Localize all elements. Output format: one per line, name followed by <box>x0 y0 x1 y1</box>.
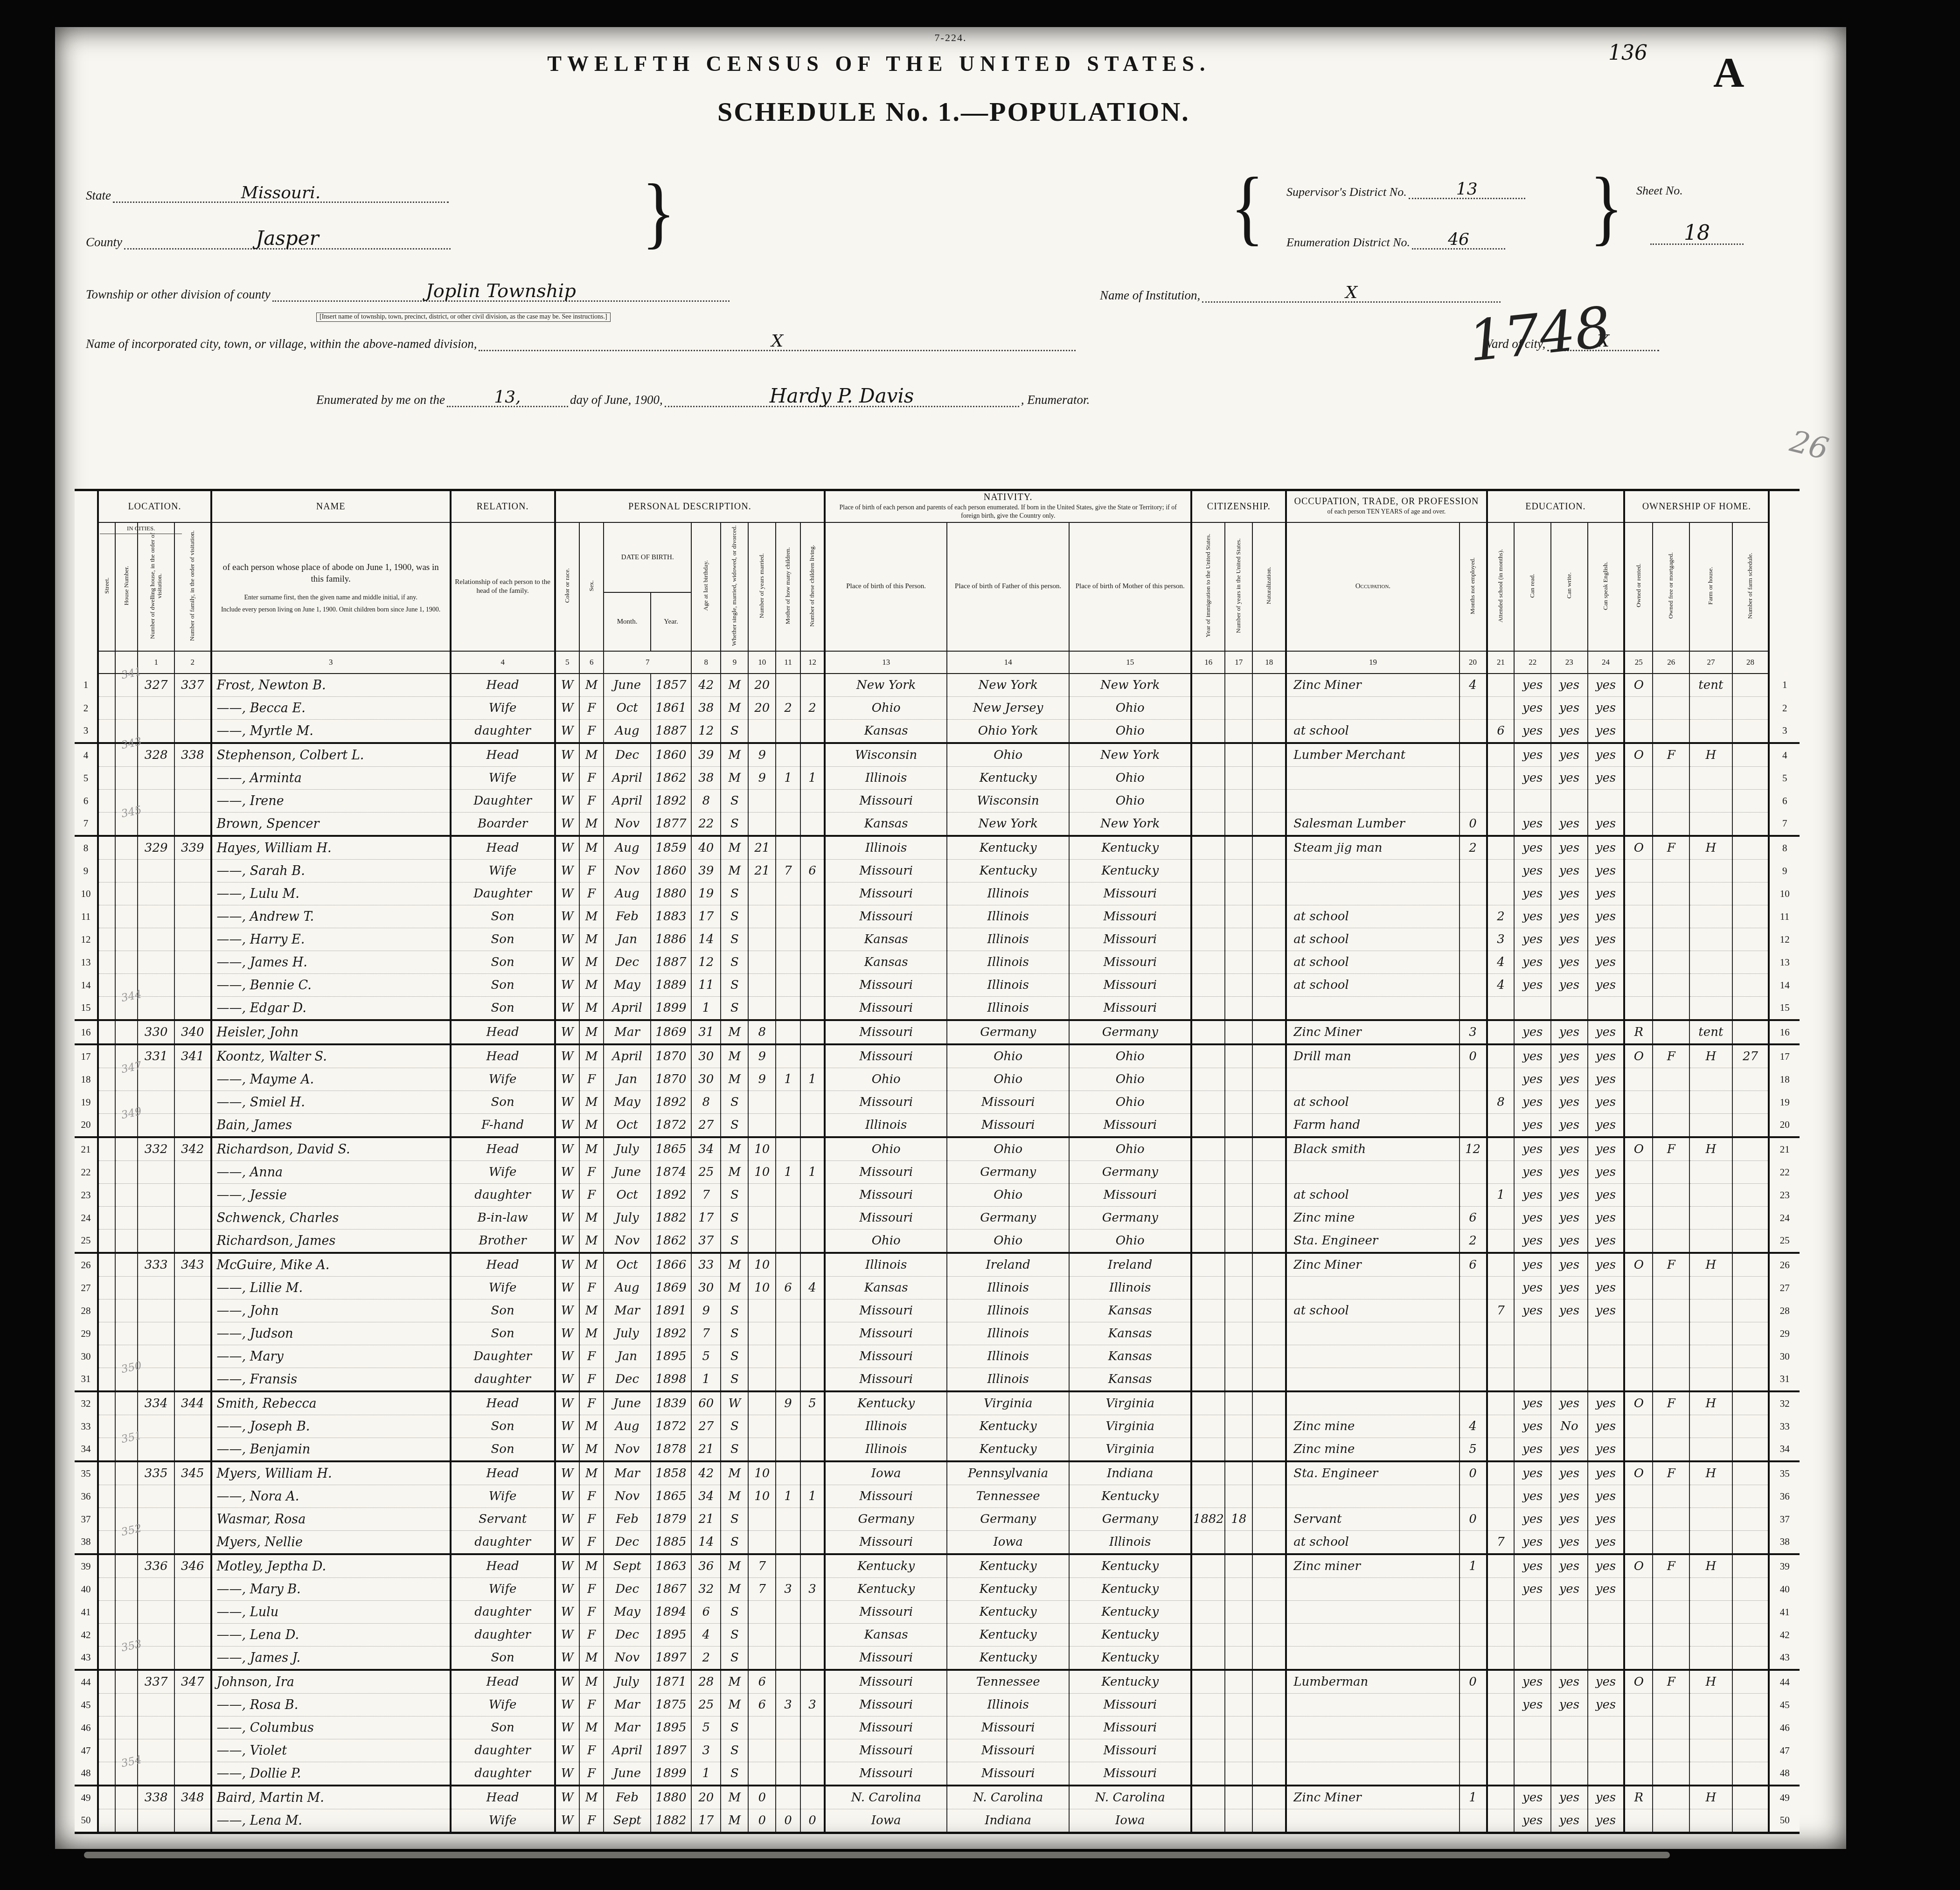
cell-race: W <box>555 1531 579 1555</box>
cell-pf: Illinois <box>947 1345 1069 1368</box>
cell-pf: Missouri <box>947 1762 1069 1786</box>
cell-mar: M <box>721 860 748 882</box>
cell-house <box>115 1391 138 1415</box>
cell-liv <box>800 1670 825 1694</box>
cell-sex: F <box>579 720 604 743</box>
row-number: 30 <box>75 1345 98 1368</box>
cell-write <box>1551 1368 1588 1392</box>
cell-age: 21 <box>691 1438 721 1462</box>
cell-bm: Oct <box>604 1114 650 1138</box>
cell-name: ——, Myrtle M. <box>211 720 451 743</box>
cell-street <box>98 1091 115 1114</box>
cell-pob: Missouri <box>825 882 947 905</box>
cell-dw <box>138 1624 174 1647</box>
row-number: 24 <box>1769 1207 1800 1230</box>
cell-eng: yes <box>1588 1554 1625 1578</box>
district-brace-open: } <box>1230 159 1264 255</box>
cell-write: yes <box>1551 1068 1588 1091</box>
cell-eng: yes <box>1588 1277 1625 1299</box>
cell-fam <box>174 1184 211 1207</box>
cell-sched <box>1732 1716 1769 1739</box>
cell-race: W <box>555 1091 579 1114</box>
cell-nat <box>1252 1368 1286 1392</box>
cell-fh <box>1689 767 1732 790</box>
cell-street <box>98 1531 115 1555</box>
cell-liv <box>800 1554 825 1578</box>
cell-imm <box>1191 1020 1225 1044</box>
cell-dw: 332 <box>138 1137 174 1161</box>
cell-street <box>98 1601 115 1624</box>
cell-bm: June <box>604 1161 650 1184</box>
cell-mar: M <box>721 1578 748 1601</box>
row-number: 27 <box>75 1277 98 1299</box>
cell-race: W <box>555 674 579 697</box>
cell-name: Frost, Newton B. <box>211 674 451 697</box>
col-relation-description: Relationship of each person to the head … <box>451 522 555 651</box>
cell-fm <box>1653 1277 1689 1299</box>
cell-write: yes <box>1551 1299 1588 1322</box>
cell-rel: Son <box>451 1322 555 1345</box>
cell-eng: yes <box>1588 1438 1625 1462</box>
cell-pf: New York <box>947 674 1069 697</box>
cell-pob: Missouri <box>825 974 947 997</box>
table-row: 37Wasmar, RosaServantWFFeb187921SGermany… <box>75 1508 1800 1531</box>
cell-by: 1862 <box>651 767 691 790</box>
cell-dw: 333 <box>138 1253 174 1277</box>
cell-write <box>1551 997 1588 1021</box>
cell-age: 9 <box>691 1299 721 1322</box>
cell-fam <box>174 1230 211 1253</box>
cell-eng: yes <box>1588 1415 1625 1438</box>
cell-own <box>1624 974 1653 997</box>
cell-nat <box>1252 743 1286 767</box>
cell-dw: 338 <box>138 1786 174 1809</box>
cell-by: 1858 <box>651 1461 691 1485</box>
cell-sex: M <box>579 1438 604 1462</box>
cell-liv <box>800 674 825 697</box>
cell-bm: Oct <box>604 1184 650 1207</box>
cell-street <box>98 1184 115 1207</box>
cell-liv <box>800 1601 825 1624</box>
cell-mar: S <box>721 1299 748 1322</box>
cell-mne <box>1460 1184 1487 1207</box>
cell-mar: M <box>721 1554 748 1578</box>
cell-att <box>1487 1277 1515 1299</box>
cell-dw: 328343 <box>138 743 174 767</box>
cell-pf: Germany <box>947 1020 1069 1044</box>
cell-write: yes <box>1551 1207 1588 1230</box>
cell-pm: Illinois <box>1069 1531 1191 1555</box>
cell-write: yes <box>1551 1137 1588 1161</box>
cell-att <box>1487 1670 1515 1694</box>
cell-read: yes <box>1514 1091 1551 1114</box>
cell-occ <box>1286 697 1459 720</box>
cell-eng: yes <box>1588 1461 1625 1485</box>
cell-mo: 3 <box>776 1694 800 1716</box>
cell-dw <box>138 882 174 905</box>
cell-write: yes <box>1551 1554 1588 1578</box>
row-number: 9 <box>1769 860 1800 882</box>
cell-pob: Wisconsin <box>825 743 947 767</box>
cell-own: O <box>1624 836 1653 860</box>
cell-fam <box>174 1809 211 1833</box>
row-number: 23 <box>75 1184 98 1207</box>
cell-pm: Missouri <box>1069 1114 1191 1138</box>
cell-mo: 1 <box>776 1485 800 1508</box>
cell-ym <box>748 997 776 1021</box>
cell-occ <box>1286 790 1459 813</box>
cell-race: W <box>555 720 579 743</box>
cell-nat <box>1252 790 1286 813</box>
cell-read <box>1514 1345 1551 1368</box>
cell-mne <box>1460 1531 1487 1555</box>
cell-mo <box>776 1299 800 1322</box>
cell-bm: Feb <box>604 905 650 928</box>
cell-pm: Ohio <box>1069 1137 1191 1161</box>
cell-att <box>1487 1739 1515 1762</box>
cell-pob: Missouri <box>825 1647 947 1670</box>
cell-by: 1889 <box>651 974 691 997</box>
cell-write: yes <box>1551 1531 1588 1555</box>
cell-age: 7 <box>691 1184 721 1207</box>
cell-liv <box>800 997 825 1021</box>
cell-nat <box>1252 674 1286 697</box>
cell-by: 1885 <box>651 1531 691 1555</box>
cell-own <box>1624 882 1653 905</box>
cell-pf: Illinois <box>947 905 1069 928</box>
table-row: 11——, Andrew T.SonWMFeb188317SMissouriIl… <box>75 905 1800 928</box>
cell-ym: 10 <box>748 1461 776 1485</box>
row-number: 13 <box>75 951 98 974</box>
cell-rel: Daughter <box>451 1345 555 1368</box>
cell-rel: Wife <box>451 697 555 720</box>
cell-yus <box>1225 674 1252 697</box>
row-number: 32 <box>75 1391 98 1415</box>
cell-mar: M <box>721 1461 748 1485</box>
cell-eng: yes <box>1588 1508 1625 1531</box>
cell-bm: July <box>604 1207 650 1230</box>
cell-race: W <box>555 1601 579 1624</box>
cell-bm: Mar <box>604 1299 650 1322</box>
cell-sex: F <box>579 1762 604 1786</box>
cell-sched <box>1732 1020 1769 1044</box>
cell-mne: 6 <box>1460 1253 1487 1277</box>
cell-occ <box>1286 882 1459 905</box>
cell-pf: Missouri <box>947 1091 1069 1114</box>
cell-fh <box>1689 1716 1732 1739</box>
cell-fh <box>1689 882 1732 905</box>
cell-race: W <box>555 1809 579 1833</box>
row-number: 5 <box>75 767 98 790</box>
city-label: Name of incorporated city, town, or vill… <box>86 337 477 351</box>
cell-yus <box>1225 1020 1252 1044</box>
cell-rel: daughter <box>451 1184 555 1207</box>
cell-fh: H <box>1689 1670 1732 1694</box>
cell-rel: Son <box>451 974 555 997</box>
cell-mo <box>776 1091 800 1114</box>
cell-imm <box>1191 1554 1225 1578</box>
cell-own <box>1624 928 1653 951</box>
cell-dw <box>138 860 174 882</box>
cell-pob: Illinois <box>825 1253 947 1277</box>
cell-read <box>1514 997 1551 1021</box>
cell-pm: Missouri <box>1069 1739 1191 1762</box>
row-number: 11 <box>1769 905 1800 928</box>
sheet-no-value: 18 <box>1684 221 1710 245</box>
cell-pob: Missouri <box>825 790 947 813</box>
table-row: 6——, IreneDaughterWFApril18928SMissouriW… <box>75 790 1800 813</box>
cell-dw <box>138 1161 174 1184</box>
cell-pf: Illinois <box>947 951 1069 974</box>
cell-by: 1883 <box>651 905 691 928</box>
cell-att: 3 <box>1487 928 1515 951</box>
cell-mar: S <box>721 928 748 951</box>
cell-bm: April <box>604 767 650 790</box>
cell-yus <box>1225 1716 1252 1739</box>
row-number: 31 <box>75 1368 98 1392</box>
cell-fam <box>174 1277 211 1299</box>
county-value: Jasper <box>256 227 319 250</box>
cell-rel: Wife <box>451 860 555 882</box>
cell-read <box>1514 1739 1551 1762</box>
table-row: 41——, LuludaughterWFMay18946SMissouriKen… <box>75 1601 1800 1624</box>
cell-dw: 344 <box>138 997 174 1021</box>
col-age: Age at last birthday. <box>691 522 721 651</box>
cell-sex: M <box>579 1114 604 1138</box>
cell-fm <box>1653 1438 1689 1462</box>
cell-fam <box>174 720 211 743</box>
row-number: 46 <box>1769 1716 1800 1739</box>
cell-sex: M <box>579 1020 604 1044</box>
cell-rel: Daughter <box>451 790 555 813</box>
cell-sex: F <box>579 767 604 790</box>
cell-read: yes <box>1514 1438 1551 1462</box>
cell-att <box>1487 1230 1515 1253</box>
row-number: 23 <box>1769 1184 1800 1207</box>
cell-imm <box>1191 974 1225 997</box>
col-dwelling-number: Number of dwelling house, in the order o… <box>138 522 174 651</box>
row-number: 10 <box>75 882 98 905</box>
cell-nat <box>1252 1230 1286 1253</box>
cell-imm <box>1191 1114 1225 1138</box>
cell-mo <box>776 1647 800 1670</box>
cell-house <box>115 697 138 720</box>
cell-rel: Son <box>451 1415 555 1438</box>
handwritten-stamp: 1748 <box>1466 295 1614 374</box>
cell-yus <box>1225 1345 1252 1368</box>
cell-fam <box>174 1716 211 1739</box>
row-number: 33 <box>1769 1415 1800 1438</box>
cell-mo <box>776 1253 800 1277</box>
cell-pf: Kentucky <box>947 1554 1069 1578</box>
cell-rel: Son <box>451 1716 555 1739</box>
row-number: 43 <box>75 1647 98 1670</box>
cell-att <box>1487 1508 1515 1531</box>
cell-fh <box>1689 1809 1732 1833</box>
cell-race: W <box>555 1253 579 1277</box>
pencil-annotation: 351 <box>120 1431 143 1445</box>
table-row: 16330340Heisler, JohnHeadWMMar186931M8Mi… <box>75 1020 1800 1044</box>
cell-fam: 342 <box>174 1137 211 1161</box>
colnum-23: 23 <box>1551 651 1588 674</box>
cell-att <box>1487 1161 1515 1184</box>
row-number: 26 <box>75 1253 98 1277</box>
enumerator-field: Hardy P. Davis <box>665 386 1019 407</box>
cell-sex: M <box>579 813 604 836</box>
cell-eng: yes <box>1588 720 1625 743</box>
cell-sex: M <box>579 1230 604 1253</box>
cell-mo <box>776 1739 800 1762</box>
cell-ym <box>748 1184 776 1207</box>
cell-pm: Kentucky <box>1069 1624 1191 1647</box>
cell-fam <box>174 997 211 1021</box>
colnum-13: 13 <box>825 651 947 674</box>
cell-fh: H <box>1689 1044 1732 1068</box>
cell-dw: 349 <box>138 1114 174 1138</box>
cell-by: 1839 <box>651 1391 691 1415</box>
cell-nat <box>1252 1161 1286 1184</box>
cell-name: Motley, Jeptha D. <box>211 1554 451 1578</box>
cell-mne <box>1460 1299 1487 1322</box>
cell-own: O <box>1624 743 1653 767</box>
table-row: 8329339Hayes, William H.HeadWMAug185940M… <box>75 836 1800 860</box>
cell-read <box>1514 1624 1551 1647</box>
cell-by: 1860 <box>651 860 691 882</box>
cell-name: ——, Judson <box>211 1322 451 1345</box>
cell-by: 1880 <box>651 1786 691 1809</box>
cell-house <box>115 1184 138 1207</box>
cell-street <box>98 951 115 974</box>
cell-yus <box>1225 1391 1252 1415</box>
cell-sched <box>1732 928 1769 951</box>
cell-liv <box>800 1461 825 1485</box>
row-number: 47 <box>75 1739 98 1762</box>
cell-dw <box>138 1508 174 1531</box>
cell-name: Myers, William H. <box>211 1461 451 1485</box>
cell-house <box>115 1230 138 1253</box>
scanned-census-page: { "header": { "form_no": "7-224.", "page… <box>0 0 1960 1890</box>
cell-yus: 18 <box>1225 1508 1252 1531</box>
cell-fm <box>1653 1184 1689 1207</box>
cell-mar: S <box>721 1184 748 1207</box>
table-row: 46——, ColumbusSonWMMar18955SMissouriMiss… <box>75 1716 1800 1739</box>
cell-mne: 4 <box>1460 674 1487 697</box>
cell-mne <box>1460 974 1487 997</box>
cell-pf: Illinois <box>947 1322 1069 1345</box>
cell-occ: Servant <box>1286 1508 1459 1531</box>
cell-imm <box>1191 1762 1225 1786</box>
cell-sched <box>1732 1345 1769 1368</box>
cell-sched <box>1732 1694 1769 1716</box>
cell-ym <box>748 1762 776 1786</box>
cell-pf: Ohio <box>947 743 1069 767</box>
cell-eng <box>1588 1739 1625 1762</box>
enumerated-day-field: 13, <box>447 389 568 407</box>
cell-nat <box>1252 1716 1286 1739</box>
group-citizenship: CITIZENSHIP. <box>1191 490 1286 523</box>
cell-fh <box>1689 1485 1732 1508</box>
row-number: 40 <box>75 1578 98 1601</box>
cell-write: yes <box>1551 860 1588 882</box>
cell-mne <box>1460 1694 1487 1716</box>
cell-liv <box>800 1184 825 1207</box>
cell-liv: 3 <box>800 1578 825 1601</box>
cell-occ: at school <box>1286 1184 1459 1207</box>
cell-dw <box>138 1485 174 1508</box>
cell-att <box>1487 1578 1515 1601</box>
cell-mar: S <box>721 1322 748 1345</box>
cell-nat <box>1252 1624 1286 1647</box>
cell-dw: 354 <box>138 1762 174 1786</box>
cell-age: 17 <box>691 1207 721 1230</box>
cell-name: ——, Edgar D. <box>211 997 451 1021</box>
cell-street <box>98 1809 115 1833</box>
page-title: TWELFTH CENSUS OF THE UNITED STATES. <box>547 51 1210 76</box>
cell-fm <box>1653 928 1689 951</box>
cell-bm: Nov <box>604 1485 650 1508</box>
cell-bm: May <box>604 1091 650 1114</box>
cell-race: W <box>555 1368 579 1392</box>
cell-read <box>1514 1322 1551 1345</box>
cell-pm: Iowa <box>1069 1809 1191 1833</box>
cell-eng: yes <box>1588 1391 1625 1415</box>
cell-liv <box>800 1739 825 1762</box>
cell-name: Bain, James <box>211 1114 451 1138</box>
cell-mo <box>776 1554 800 1578</box>
enumerated-pre-label: Enumerated by me on the <box>316 393 445 407</box>
cell-mo <box>776 1207 800 1230</box>
cell-ym: 9 <box>748 1068 776 1091</box>
cell-mar: M <box>721 767 748 790</box>
cell-mo <box>776 1601 800 1624</box>
row-number: 45 <box>75 1694 98 1716</box>
cell-fm <box>1653 720 1689 743</box>
cell-write <box>1551 1624 1588 1647</box>
cell-sex: M <box>579 1299 604 1322</box>
cell-fh <box>1689 720 1732 743</box>
cell-yus <box>1225 974 1252 997</box>
cell-rel: Wife <box>451 1485 555 1508</box>
cell-own <box>1624 860 1653 882</box>
cell-occ <box>1286 1694 1459 1716</box>
cell-name: ——, Mary <box>211 1345 451 1368</box>
cell-dw <box>138 974 174 997</box>
cell-pm: Missouri <box>1069 1184 1191 1207</box>
cell-nat <box>1252 1044 1286 1068</box>
col-years-in-us: Number of years in the United States. <box>1225 522 1252 651</box>
cell-liv <box>800 928 825 951</box>
cell-read <box>1514 790 1551 813</box>
cell-occ <box>1286 1345 1459 1368</box>
cell-imm <box>1191 743 1225 767</box>
cell-fam: 341 <box>174 1044 211 1068</box>
cell-sex: F <box>579 697 604 720</box>
cell-pm: Germany <box>1069 1508 1191 1531</box>
cell-bm: May <box>604 974 650 997</box>
col-attended-school: Attended school (in months). <box>1487 522 1515 651</box>
cell-fam: 348 <box>174 1786 211 1809</box>
cell-eng: yes <box>1588 1786 1625 1809</box>
cell-ym: 10 <box>748 1277 776 1299</box>
cell-bm: Dec <box>604 743 650 767</box>
cell-liv <box>800 1438 825 1462</box>
pencil-annotation: 354 <box>120 1755 143 1770</box>
cell-age: 3 <box>691 1739 721 1762</box>
cell-fm <box>1653 1578 1689 1601</box>
cell-rel: Son <box>451 928 555 951</box>
cell-eng: yes <box>1588 1578 1625 1601</box>
colnum-15: 15 <box>1069 651 1191 674</box>
